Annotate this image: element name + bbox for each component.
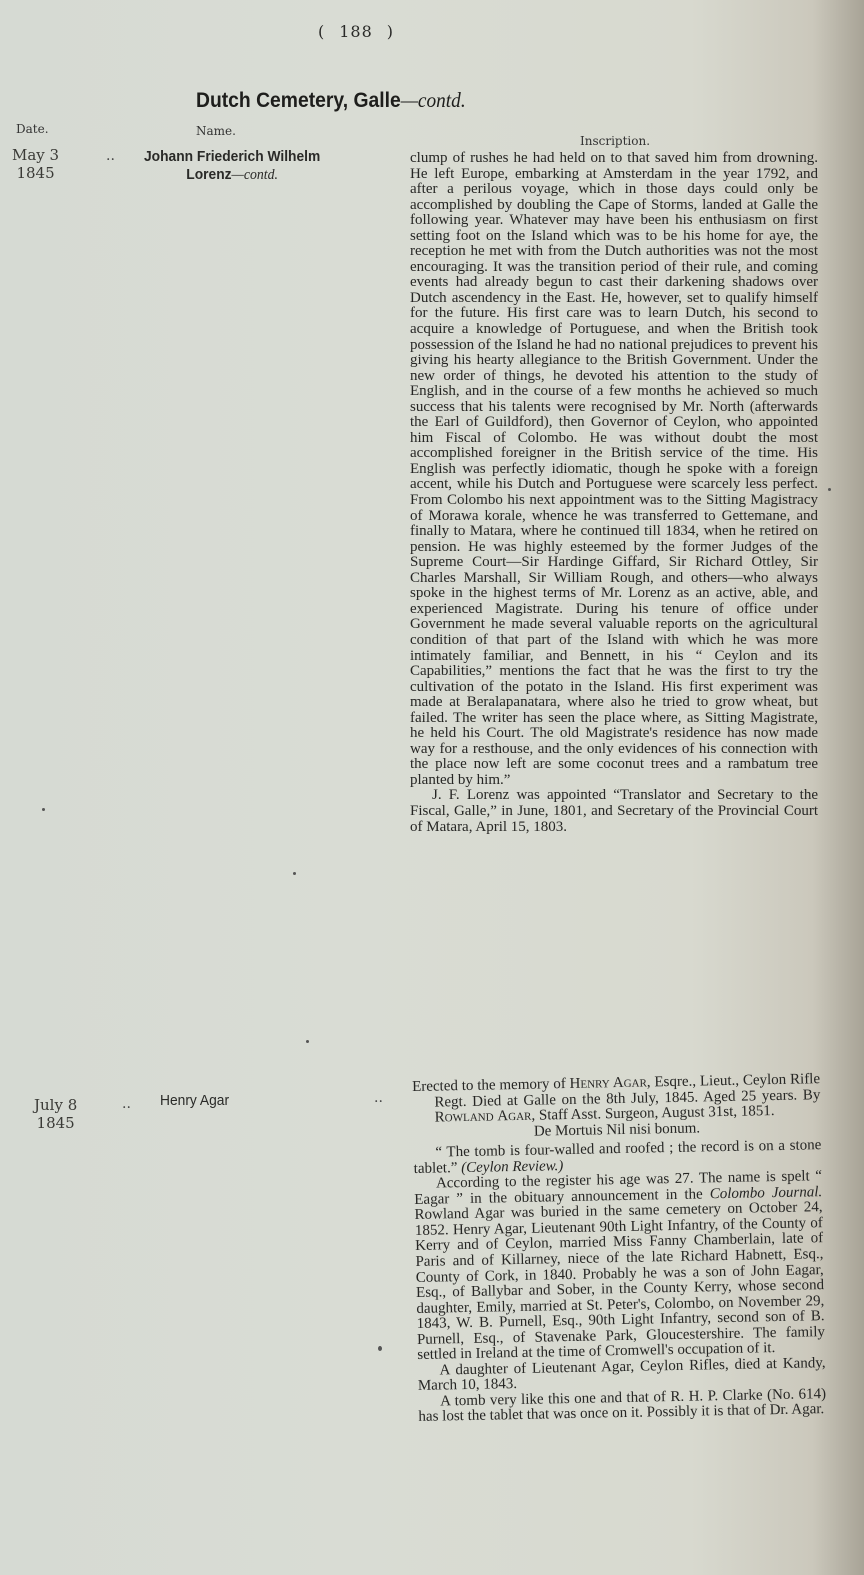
paper-speck bbox=[42, 808, 45, 811]
inscription-agar: Erected to the memory of Henry Agar, Esq… bbox=[412, 1072, 827, 1426]
page-title-suffix: —contd. bbox=[401, 88, 466, 112]
entry-surname: Lorenz bbox=[186, 166, 231, 183]
tomb-paragraph: A tomb very like this one and that of R.… bbox=[418, 1387, 827, 1426]
paper-speck bbox=[828, 488, 831, 491]
leader-dots: .. bbox=[374, 1090, 383, 1106]
epitaph-dedicator-last: Agar bbox=[497, 1108, 531, 1125]
page-number-open-paren: ( bbox=[318, 22, 325, 41]
page-number: (188) bbox=[318, 22, 394, 41]
column-header-inscription: Inscription. bbox=[580, 134, 650, 148]
entry-name-line1: Johann Friederich Wilhelm bbox=[144, 148, 320, 166]
paper-speck bbox=[306, 1040, 309, 1043]
entry-date-year: 1845 bbox=[34, 1114, 77, 1132]
paper-speck bbox=[378, 1346, 382, 1351]
entry-name-line1: Henry Agar bbox=[160, 1092, 229, 1110]
entry-date-year: 1845 bbox=[12, 164, 59, 182]
leader-dots: .. bbox=[106, 148, 115, 164]
entry-name-line2: Lorenz—contd. bbox=[144, 166, 320, 184]
entry-date: July 8 1845 bbox=[34, 1096, 77, 1132]
entry-date-day: May 3 bbox=[12, 146, 59, 164]
inscription-paragraph: J. F. Lorenz was appointed “Translator a… bbox=[410, 788, 818, 835]
page-title-main: Dutch Cemetery, Galle bbox=[196, 89, 401, 112]
entry-name-suffix: —contd. bbox=[232, 167, 278, 183]
column-header-date: Date. bbox=[16, 122, 49, 136]
inscription-lorenz: clump of rushes he had held on to that s… bbox=[410, 151, 818, 835]
register-text: Rowland Agar was buried in the same ceme… bbox=[414, 1200, 825, 1364]
epitaph-dedicator-first: Rowland bbox=[435, 1109, 494, 1126]
page-title: Dutch Cemetery, Galle—contd. bbox=[196, 88, 466, 113]
entry-name: Henry Agar bbox=[160, 1092, 229, 1110]
entry-date-day: July 8 bbox=[34, 1096, 77, 1114]
paper-speck bbox=[293, 872, 296, 875]
page-number-value: 188 bbox=[339, 22, 373, 41]
page-number-close-paren: ) bbox=[387, 22, 394, 41]
register-paragraph: According to the register his age was 27… bbox=[414, 1169, 826, 1363]
epitaph: Erected to the memory of Henry Agar, Esq… bbox=[412, 1072, 821, 1126]
column-header-name: Name. bbox=[196, 124, 236, 138]
leader-dots: .. bbox=[122, 1096, 131, 1112]
entry-name: Johann Friederich Wilhelm Lorenz—contd. bbox=[144, 148, 320, 184]
inscription-paragraph: clump of rushes he had held on to that s… bbox=[410, 151, 818, 788]
entry-date: May 3 1845 bbox=[12, 146, 59, 182]
